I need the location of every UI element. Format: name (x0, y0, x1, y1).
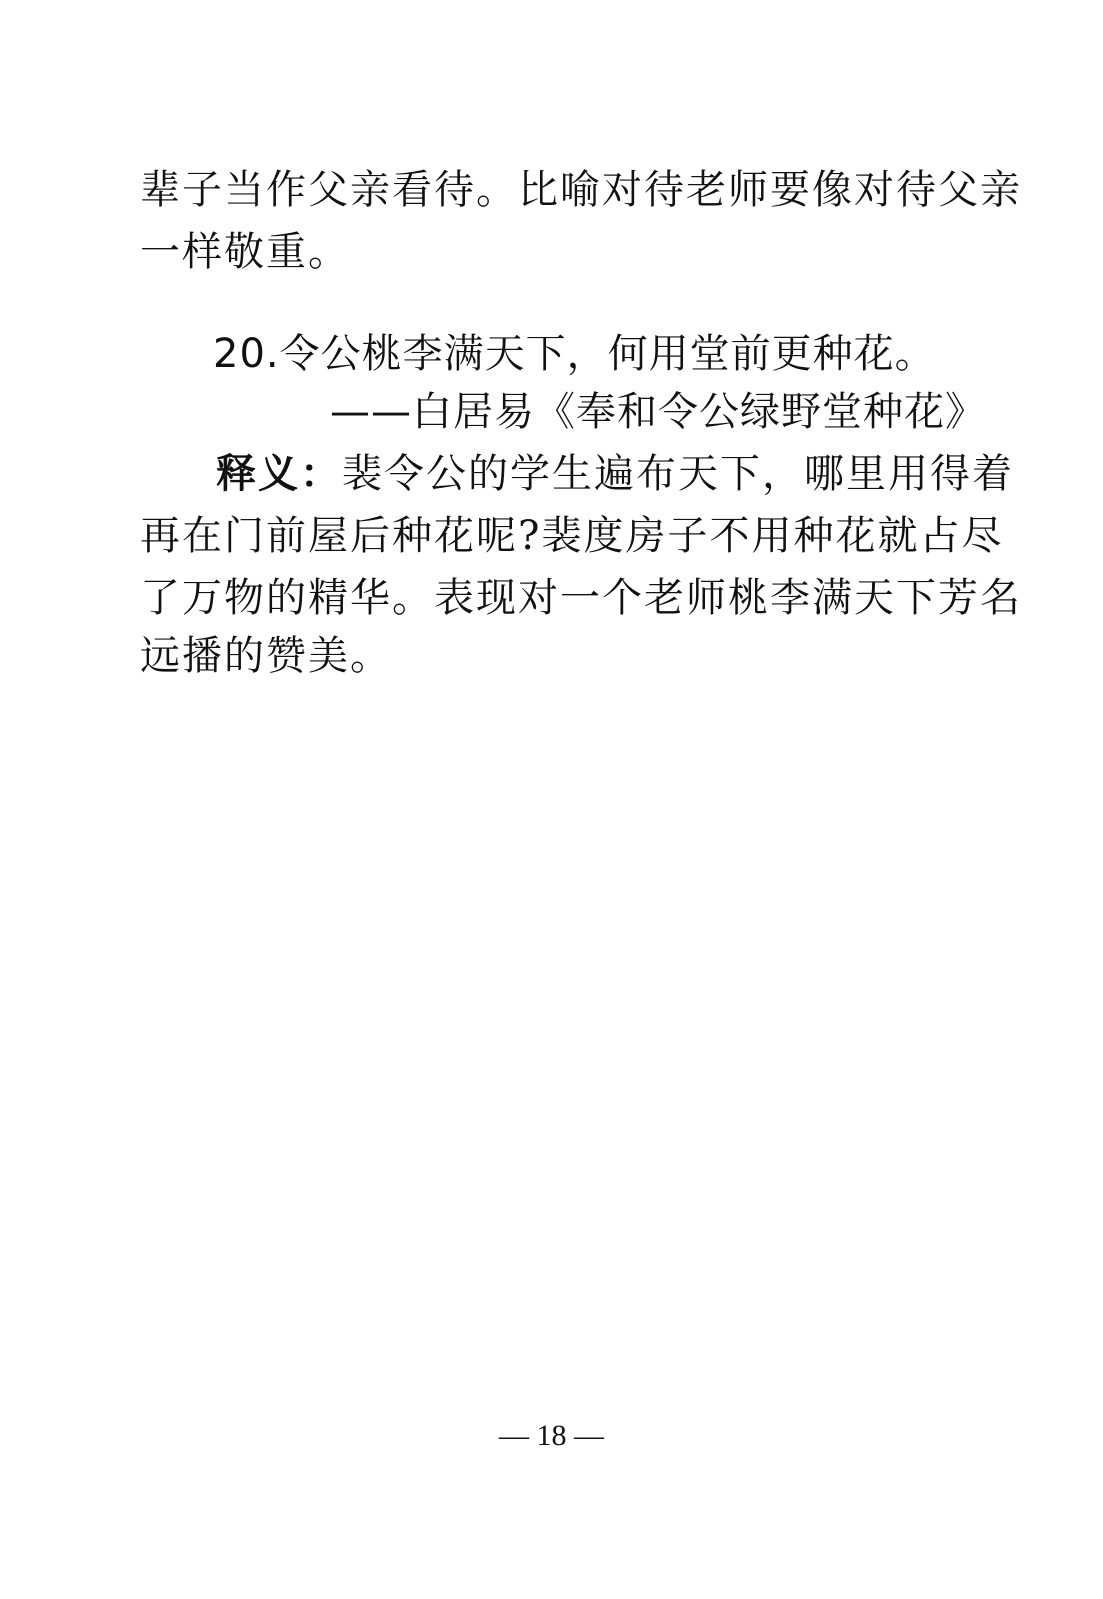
entry-quote: 令公桃李满天下，何用堂前更种花。 (280, 331, 936, 377)
explanation-line-1: 释义：裴令公的学生遍布天下，哪里用得着 (216, 450, 1014, 498)
page-number: — 18 — (0, 1418, 1103, 1454)
document-page: 辈子当作父亲看待。比喻对待老师要像对待父亲 一样敬重。 20.令公桃李满天下，何… (0, 0, 1103, 1599)
entry-number: 20. (213, 331, 280, 377)
explanation-line-2: 再在门前屋后种花呢?裴度房子不用种花就占尽 (140, 512, 1003, 560)
continuation-line-1: 辈子当作父亲看待。比喻对待老师要像对待父亲 (140, 166, 1022, 214)
entry-attribution: ——白居易《奉和令公绿野堂种花》 (330, 388, 986, 436)
explanation-line-3: 了万物的精华。表现对一个老师桃李满天下芳名 (140, 574, 1022, 622)
entry-heading: 20.令公桃李满天下，何用堂前更种花。 (213, 330, 936, 378)
continuation-line-2: 一样敬重。 (140, 228, 350, 276)
explanation-line-4: 远播的赞美。 (140, 632, 392, 680)
explanation-text-1: 裴令公的学生遍布天下，哪里用得着 (342, 451, 1014, 497)
explanation-label: 释义： (216, 450, 342, 497)
